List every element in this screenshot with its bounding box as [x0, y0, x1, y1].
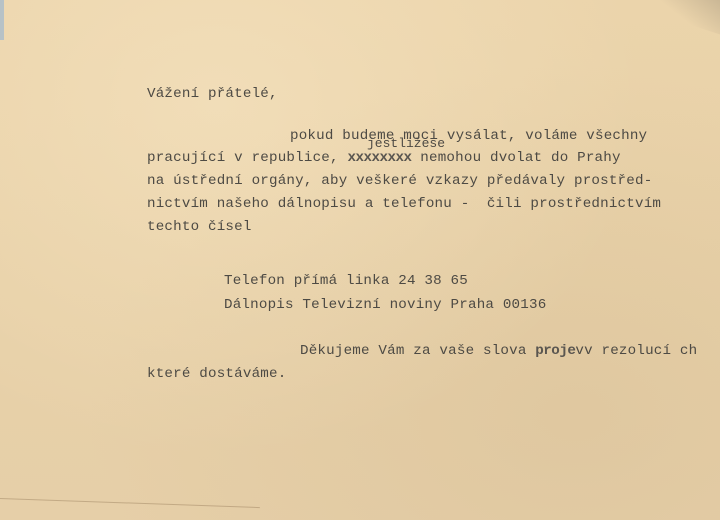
closing-line-2: které dostáváme. [147, 366, 286, 382]
line-2-end: nemohou dvolat do Prahy [420, 150, 620, 166]
paper-edge [0, 0, 4, 40]
paragraph-line-4: nictvím našeho dálnopisu a telefonu - či… [147, 196, 661, 212]
paragraph-line-3: na ústřední orgány, aby veškeré vzkazy p… [147, 173, 652, 189]
paragraph-line-2: pracující v republice, xxxxxxxx nemohou … [147, 150, 621, 166]
closing-end: vv rezolucí ch [575, 343, 697, 359]
closing-line-1: Děkujeme Vám za vaše slova projevv rezol… [300, 343, 697, 359]
paragraph-line-5: techto čísel [147, 219, 252, 235]
line-2-start: pracující v republice, [147, 150, 339, 166]
typed-insertion: jestližese [367, 136, 445, 151]
struck-out-word: xxxxxxxx [347, 150, 411, 166]
telex-line: Dálnopis Televizní noviny Praha 00136 [224, 297, 546, 313]
paper-sheet [0, 0, 720, 520]
paragraph-line-1: pokud budeme moci vysálat, voláme všechn… [290, 128, 647, 144]
struck-out-word: proje [535, 343, 575, 359]
greeting: Vážení přátelé, [147, 86, 278, 102]
phone-line: Telefon přímá linka 24 38 65 [224, 273, 468, 289]
closing-start: Děkujeme Vám za vaše slova [300, 343, 527, 359]
